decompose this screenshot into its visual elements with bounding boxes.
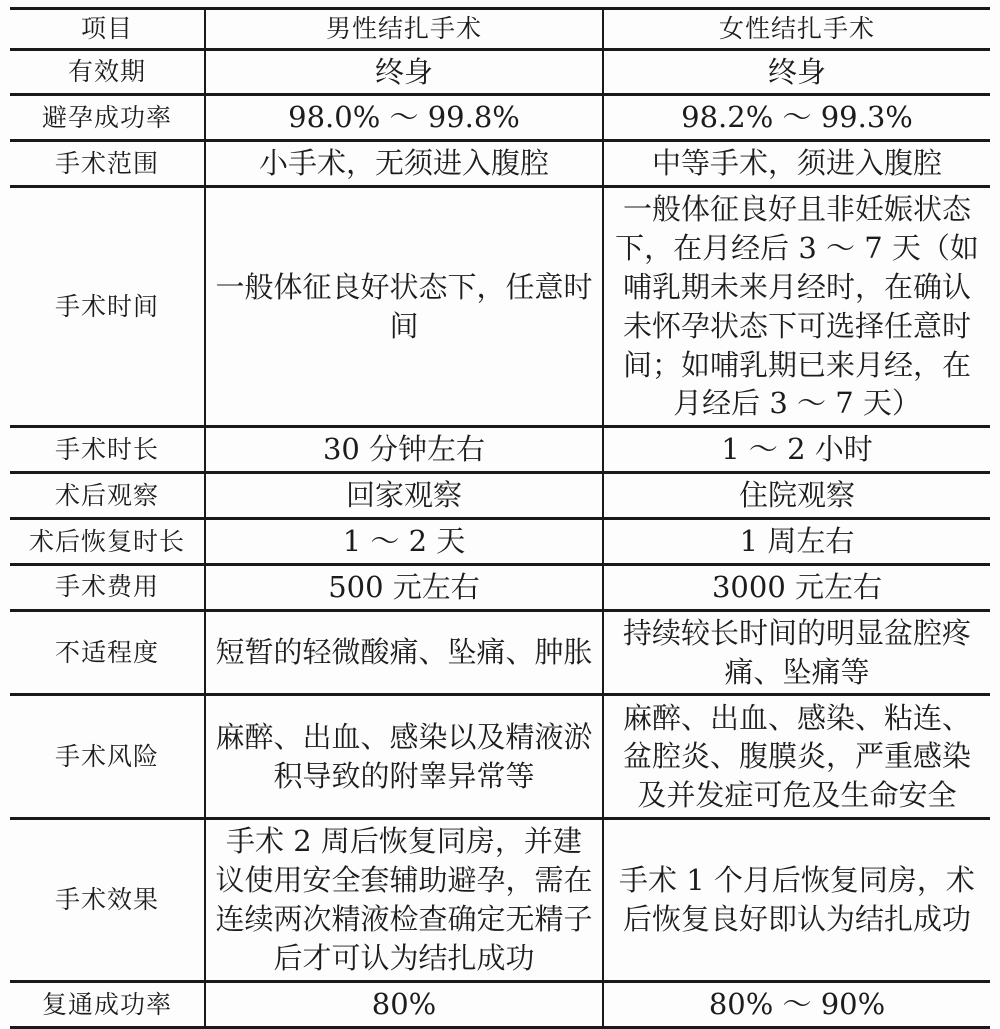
table-row-post-op-observation: 术后观察 回家观察 住院观察 — [10, 473, 990, 519]
cell-male: 麻醉、出血、感染以及精液淤积导致的附睾异常等 — [205, 695, 603, 819]
cell-female: 3000 元左右 — [603, 564, 990, 610]
cell-female: 一般体征良好且非妊娠状态下，在月经后 3 ～ 7 天（如哺乳期未来月经时，在确认… — [603, 187, 990, 427]
row-label: 有效期 — [10, 49, 205, 95]
table-row-surgery-cost: 手术费用 500 元左右 3000 元左右 — [10, 564, 990, 610]
table-row-surgery-risk: 手术风险 麻醉、出血、感染以及精液淤积导致的附睾异常等 麻醉、出血、感染、粘连、… — [10, 695, 990, 819]
row-label: 术后恢复时长 — [10, 518, 205, 564]
table-row-recovery-time: 术后恢复时长 1 ～ 2 天 1 周左右 — [10, 518, 990, 564]
table-row-surgery-outcome: 手术效果 手术 2 周后恢复同房，并建议使用安全套辅助避孕，需在连续两次精液检查… — [10, 819, 990, 981]
row-label: 手术时长 — [10, 427, 205, 473]
table-row-validity: 有效期 终身 终身 — [10, 49, 990, 95]
cell-female: 麻醉、出血、感染、粘连、盆腔炎、腹膜炎，严重感染及并发症可危及生命安全 — [603, 695, 990, 819]
table-row-discomfort-level: 不适程度 短暂的轻微酸痛、坠痛、肿胀 持续较长时间的明显盆腔疼痛、坠痛等 — [10, 610, 990, 695]
row-label: 手术风险 — [10, 695, 205, 819]
cell-female: 80% ～ 90% — [603, 981, 990, 1027]
cell-male: 终身 — [205, 49, 603, 95]
cell-male: 98.0% ～ 99.8% — [205, 95, 603, 141]
row-label: 手术费用 — [10, 564, 205, 610]
comparison-table: 项目 男性结扎手术 女性结扎手术 有效期 终身 终身 避孕成功率 98.0% ～… — [10, 7, 990, 1029]
table-row-surgery-scope: 手术范围 小手术，无须进入腹腔 中等手术，须进入腹腔 — [10, 141, 990, 187]
table-row-surgery-timing: 手术时间 一般体征良好状态下，任意时间 一般体征良好且非妊娠状态下，在月经后 3… — [10, 187, 990, 427]
cell-female: 手术 1 个月后恢复同房，术后恢复良好即认为结扎成功 — [603, 819, 990, 981]
header-male-surgery: 男性结扎手术 — [205, 9, 603, 50]
row-label: 复通成功率 — [10, 981, 205, 1027]
cell-female: 1 ～ 2 小时 — [603, 427, 990, 473]
row-label: 术后观察 — [10, 473, 205, 519]
cell-male: 1 ～ 2 天 — [205, 518, 603, 564]
cell-female: 终身 — [603, 49, 990, 95]
row-label: 手术效果 — [10, 819, 205, 981]
table-row-reversal-success-rate: 复通成功率 80% 80% ～ 90% — [10, 981, 990, 1027]
cell-male: 80% — [205, 981, 603, 1027]
cell-male: 一般体征良好状态下，任意时间 — [205, 187, 603, 427]
header-female-surgery: 女性结扎手术 — [603, 9, 990, 50]
cell-female: 1 周左右 — [603, 518, 990, 564]
cell-male: 30 分钟左右 — [205, 427, 603, 473]
table-row-success-rate: 避孕成功率 98.0% ～ 99.8% 98.2% ～ 99.3% — [10, 95, 990, 141]
row-label: 避孕成功率 — [10, 95, 205, 141]
header-item: 项目 — [10, 9, 205, 50]
cell-female: 中等手术，须进入腹腔 — [603, 141, 990, 187]
cell-female: 98.2% ～ 99.3% — [603, 95, 990, 141]
row-label: 不适程度 — [10, 610, 205, 695]
table-row-surgery-duration: 手术时长 30 分钟左右 1 ～ 2 小时 — [10, 427, 990, 473]
cell-male: 500 元左右 — [205, 564, 603, 610]
cell-male: 短暂的轻微酸痛、坠痛、肿胀 — [205, 610, 603, 695]
cell-male: 小手术，无须进入腹腔 — [205, 141, 603, 187]
row-label: 手术时间 — [10, 187, 205, 427]
cell-female: 住院观察 — [603, 473, 990, 519]
cell-female: 持续较长时间的明显盆腔疼痛、坠痛等 — [603, 610, 990, 695]
table-header-row: 项目 男性结扎手术 女性结扎手术 — [10, 9, 990, 50]
cell-male: 回家观察 — [205, 473, 603, 519]
cell-male: 手术 2 周后恢复同房，并建议使用安全套辅助避孕，需在连续两次精液检查确定无精子… — [205, 819, 603, 981]
row-label: 手术范围 — [10, 141, 205, 187]
